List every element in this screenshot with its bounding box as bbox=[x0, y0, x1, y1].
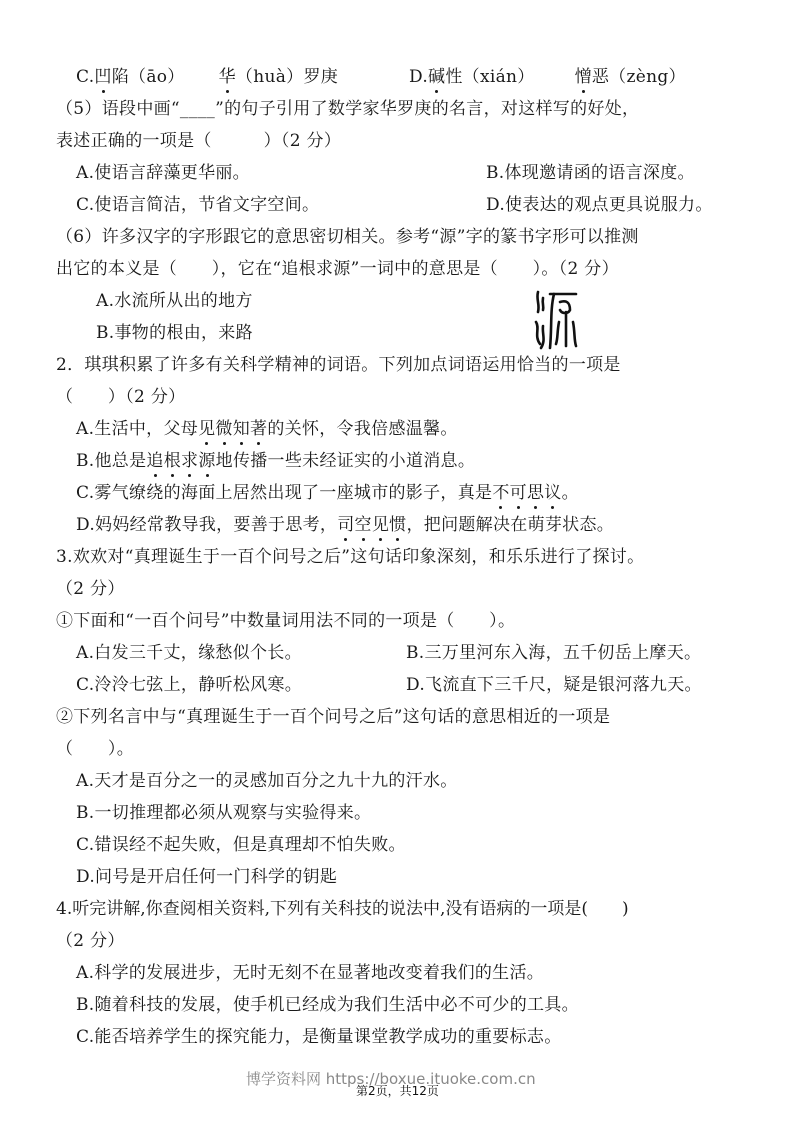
option-text: 陷（āo） bbox=[112, 67, 185, 87]
q3-sub2-option-a: A.天才是百分之一的灵感加百分之九十九的汗水。 bbox=[76, 770, 458, 792]
dotted-char: 华 bbox=[219, 66, 236, 88]
q1-option-d: D.碱性（xián）憎恶（zèng） bbox=[409, 66, 686, 88]
dotted-char: 求 bbox=[181, 450, 198, 472]
q3-sub2-stem-line1: ②下列名言中与“真理诞生于一百个问号之后”这句话的意思相近的一项是 bbox=[56, 706, 610, 728]
q1-6-stem-line1: （6）许多汉字的字形跟它的意思密切相关。参考“源”字的篆书字形可以推测 bbox=[56, 226, 639, 248]
option-text: 。 bbox=[562, 483, 579, 503]
q1-5-stem-line2: 表述正确的一项是（ ）（2 分） bbox=[56, 130, 341, 152]
q1-option-c: C.凹陷（āo）华（huà）罗庚 bbox=[76, 66, 338, 88]
dotted-char: 知 bbox=[233, 418, 250, 440]
q3-sub2-stem-line2: （ ）。 bbox=[56, 738, 134, 760]
q2-option-d: D.妈妈经常教导我，要善于思考，司空见惯，把问题解决在萌芽状态。 bbox=[76, 514, 614, 536]
option-label: C. bbox=[76, 67, 94, 87]
q1-5-stem-line1: （5）语段中画“____”的句子引用了数学家华罗庚的名言，对这样写的好处， bbox=[56, 98, 639, 120]
dotted-char: 微 bbox=[215, 418, 232, 440]
q4-option-c: C.能否培养学生的探究能力，是衡量课堂教学成功的重要标志。 bbox=[76, 1026, 562, 1048]
q4-stem-line1: 4.听完讲解,你查阅相关资料,下列有关科技的说法中,没有语病的一项是( ) bbox=[56, 898, 629, 920]
dotted-char: 根 bbox=[164, 450, 181, 472]
option-text: ，把问题解决在萌芽状态。 bbox=[406, 515, 614, 535]
option-text: 性（xián） bbox=[445, 67, 534, 87]
dotted-char: 可 bbox=[510, 482, 527, 504]
q4-option-b: B.随着科技的发展，使手机已经成为我们生活中必不可少的工具。 bbox=[76, 994, 579, 1016]
q2-option-c: C.雾气缭绕的海面上居然出现了一座城市的影子，真是不可思议。 bbox=[76, 482, 579, 504]
q4-stem-line2: （2 分） bbox=[56, 930, 125, 952]
q1-5-option-d: D.使表达的观点更具说服力。 bbox=[486, 194, 713, 216]
q2-stem-line1: 2．琪琪积累了许多有关科学精神的词语。下列加点词语运用恰当的一项是 bbox=[56, 354, 621, 376]
q2-option-a: A.生活中，父母见微知著的关怀，令我倍感温馨。 bbox=[76, 418, 458, 440]
dotted-char: 惯 bbox=[389, 514, 406, 536]
page-number: 第2页，共12页 bbox=[356, 1082, 439, 1099]
q3-sub1-option-b: B.三万里河东入海，五千仞岳上摩天。 bbox=[406, 642, 701, 664]
q1-5-option-a: A.使语言辞藻更华丽。 bbox=[76, 162, 250, 184]
q1-5-option-c: C.使语言简洁，节省文字空间。 bbox=[76, 194, 319, 216]
q3-sub1-stem: ①下面和“一百个问号”中数量词用法不同的一项是（ ）。 bbox=[56, 610, 515, 632]
q1-6-option-a: A.水流所从出的地方 bbox=[96, 290, 253, 312]
option-text: C.雾气缭绕的海面上居然出现了一座城市的影子，真是 bbox=[76, 483, 492, 503]
q1-6-option-b: B.事物的根由，来路 bbox=[96, 322, 253, 344]
q4-option-a: A.科学的发展进步，无时无刻不在显著地改变着我们的生活。 bbox=[76, 962, 544, 984]
dotted-char: 源 bbox=[198, 450, 215, 472]
dotted-char: 议 bbox=[544, 482, 561, 504]
dotted-char: 凹 bbox=[94, 66, 111, 88]
option-text: 的关怀，令我倍感温馨。 bbox=[267, 419, 457, 439]
seal-script-yuan-icon bbox=[532, 288, 582, 352]
dotted-char: 见 bbox=[198, 418, 215, 440]
q3-sub1-option-d: D.飞流直下三千尺，疑是银河落九天。 bbox=[406, 674, 702, 696]
dotted-char: 司 bbox=[337, 514, 354, 536]
option-text: D.妈妈经常教导我，要善于思考， bbox=[76, 515, 337, 535]
option-label: D. bbox=[409, 67, 428, 87]
q3-stem-line1: 3.欢欢对“真理诞生于一百个问号之后”这句话印象深刻，和乐乐进行了探讨。 bbox=[56, 546, 644, 568]
dotted-char: 碱 bbox=[428, 66, 445, 88]
dotted-char: 空 bbox=[355, 514, 372, 536]
q3-sub2-option-b: B.一切推理都必须从观察与实验得来。 bbox=[76, 802, 371, 824]
option-text: A.生活中，父母 bbox=[76, 419, 198, 439]
q3-sub1-option-c: C.泠泠七弦上，静听松风寒。 bbox=[76, 674, 302, 696]
option-text: B.他总是 bbox=[76, 451, 146, 471]
dotted-char: 憎 bbox=[575, 66, 592, 88]
dotted-char: 见 bbox=[372, 514, 389, 536]
option-text: 地传播一些未经证实的小道消息。 bbox=[216, 451, 476, 471]
q2-option-b: B.他总是追根求源地传播一些未经证实的小道消息。 bbox=[76, 450, 475, 472]
dotted-char: 追 bbox=[146, 450, 163, 472]
q1-5-option-b: B.体现邀请函的语言深度。 bbox=[486, 162, 695, 184]
q2-stem-line2: （ ）（2 分） bbox=[56, 386, 185, 408]
dotted-char: 著 bbox=[250, 418, 267, 440]
q1-6-stem-line2: 出它的本义是（ ），它在“追根求源”一词中的意思是（ ）。（2 分） bbox=[56, 258, 619, 280]
q3-sub2-option-c: C.错误经不起失败，但是真理却不怕失败。 bbox=[76, 834, 406, 856]
option-text: （huà）罗庚 bbox=[236, 67, 338, 87]
q3-sub1-option-a: A.白发三千丈，缘愁似个长。 bbox=[76, 642, 302, 664]
q3-sub2-option-d: D.问号是开启任何一门科学的钥匙 bbox=[76, 866, 337, 888]
option-text: 恶（zèng） bbox=[592, 67, 686, 87]
q3-stem-line2: （2 分） bbox=[56, 578, 125, 600]
dotted-char: 思 bbox=[527, 482, 544, 504]
dotted-char: 不 bbox=[492, 482, 509, 504]
